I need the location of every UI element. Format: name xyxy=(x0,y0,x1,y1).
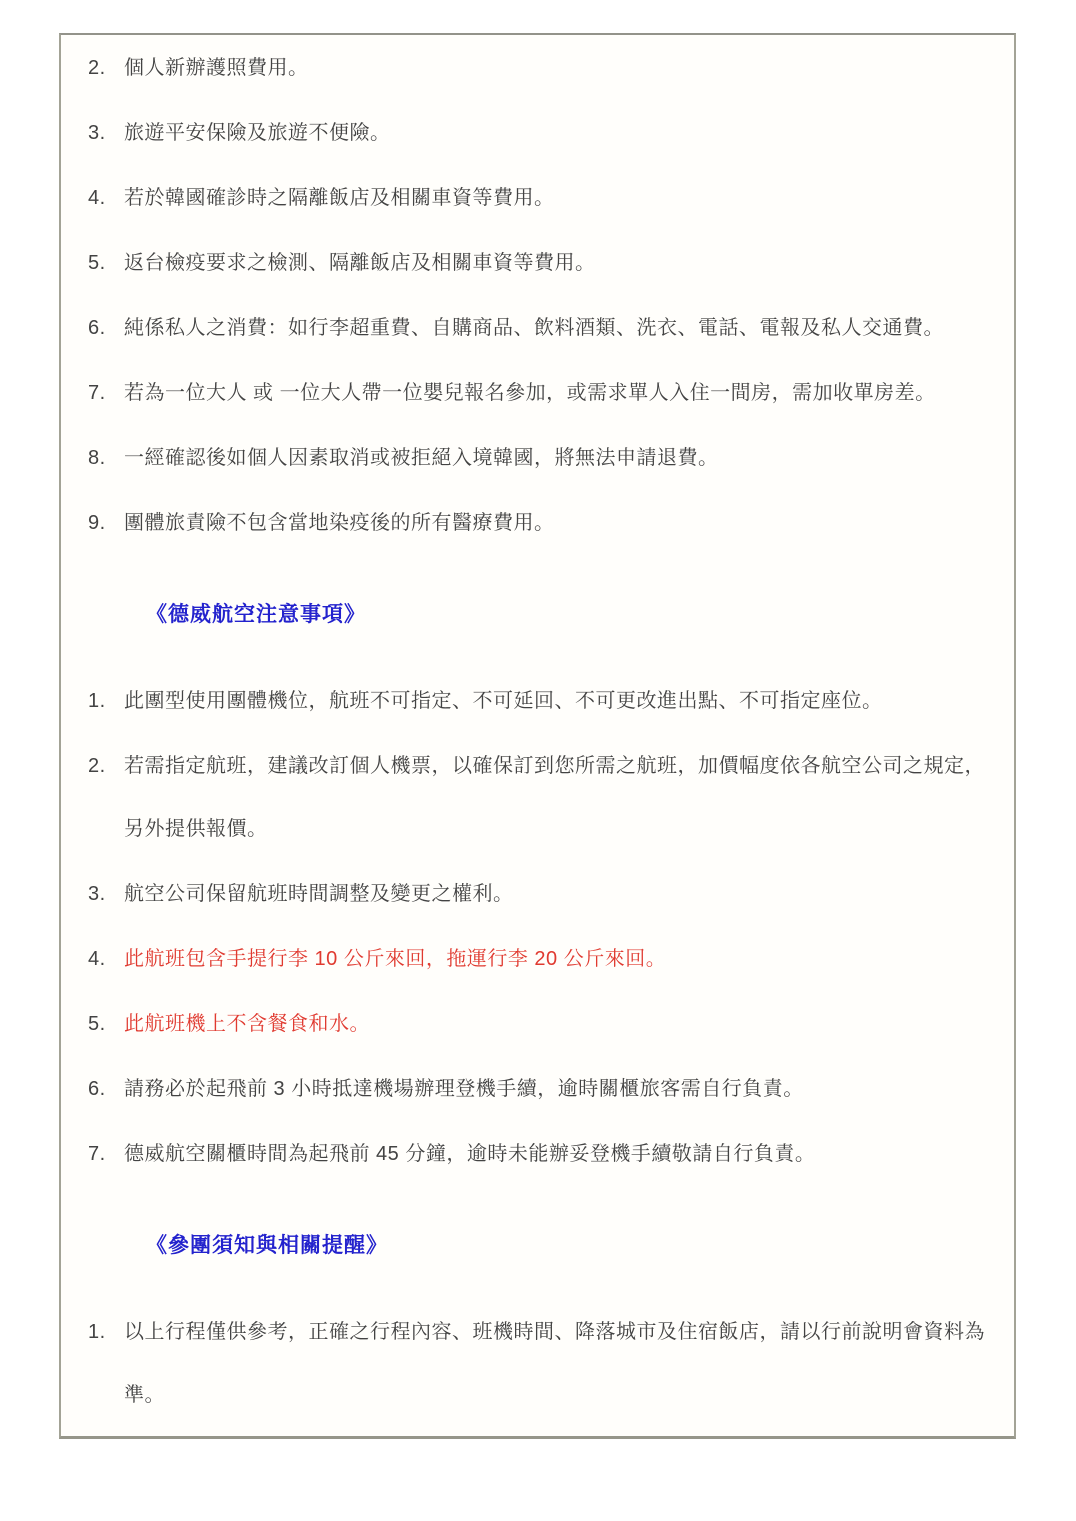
airline-section-heading: 《德威航空注意事項》 xyxy=(146,583,996,646)
list-item: 2. 個人新辦護照費用。 xyxy=(88,37,996,100)
list-item-meal-alert: 5. 此航班機上不含餐食和水。 xyxy=(88,993,996,1056)
item-text: 返台檢疫要求之檢測、隔離飯店及相關車資等費用。 xyxy=(124,232,996,295)
document-page: 2. 個人新辦護照費用。 3. 旅遊平安保險及旅遊不便險。 4. 若於韓國確診時… xyxy=(59,33,1016,1439)
item-text: 旅遊平安保險及旅遊不便險。 xyxy=(124,102,996,165)
list-item: 1. 以上行程僅供參考，正確之行程內容、班機時間、降落城市及住宿飯店，請以行前說… xyxy=(88,1301,996,1427)
item-number: 6. xyxy=(88,1058,124,1121)
list-item-baggage-alert: 4. 此航班包含手提行李 10 公斤來回，拖運行李 20 公斤來回。 xyxy=(88,928,996,991)
item-number: 8. xyxy=(88,427,124,490)
item-number: 4. xyxy=(88,167,124,230)
item-number: 2. xyxy=(88,37,124,100)
list-item: 6. 請務必於起飛前 3 小時抵達機場辦理登機手續，逾時關櫃旅客需自行負責。 xyxy=(88,1058,996,1121)
item-number: 6. xyxy=(88,297,124,360)
airline-notes-list: 1. 此團型使用團體機位，航班不可指定、不可延回、不可更改進出點、不可指定座位。… xyxy=(88,670,996,1186)
item-number: 5. xyxy=(88,993,124,1056)
item-text: 此航班包含手提行李 10 公斤來回，拖運行李 20 公斤來回。 xyxy=(124,928,996,991)
item-text: 純係私人之消費：如行李超重費、自購商品、飲料酒類、洗衣、電話、電報及私人交通費。 xyxy=(124,297,996,360)
item-text: 一經確認後如個人因素取消或被拒絕入境韓國，將無法申請退費。 xyxy=(124,427,996,490)
list-item: 7. 若為一位大人 或 一位大人帶一位嬰兒報名參加，或需求單人入住一間房，需加收… xyxy=(88,362,996,425)
item-number: 7. xyxy=(88,1123,124,1186)
item-number: 5. xyxy=(88,232,124,295)
list-item: 1. 此團型使用團體機位，航班不可指定、不可延回、不可更改進出點、不可指定座位。 xyxy=(88,670,996,733)
item-text: 此航班機上不含餐食和水。 xyxy=(124,993,996,1056)
list-item: 8. 一經確認後如個人因素取消或被拒絕入境韓國，將無法申請退費。 xyxy=(88,427,996,490)
item-number: 1. xyxy=(88,670,124,733)
list-item: 3. 旅遊平安保險及旅遊不便險。 xyxy=(88,102,996,165)
tour-notice-list: 1. 以上行程僅供參考，正確之行程內容、班機時間、降落城市及住宿飯店，請以行前說… xyxy=(88,1301,996,1427)
item-number: 1. xyxy=(88,1301,124,1427)
item-text: 團體旅責險不包含當地染疫後的所有醫療費用。 xyxy=(124,492,996,555)
item-text: 若為一位大人 或 一位大人帶一位嬰兒報名參加，或需求單人入住一間房，需加收單房差… xyxy=(124,362,996,425)
item-text: 若需指定航班，建議改訂個人機票，以確保訂到您所需之航班，加價幅度依各航空公司之規… xyxy=(124,735,996,861)
item-number: 3. xyxy=(88,863,124,926)
item-text: 若於韓國確診時之隔離飯店及相關車資等費用。 xyxy=(124,167,996,230)
notice-section-heading: 《參團須知與相關提醒》 xyxy=(146,1214,996,1277)
item-number: 2. xyxy=(88,735,124,861)
list-item: 4. 若於韓國確診時之隔離飯店及相關車資等費用。 xyxy=(88,167,996,230)
fees-exclusion-list: 2. 個人新辦護照費用。 3. 旅遊平安保險及旅遊不便險。 4. 若於韓國確診時… xyxy=(88,37,996,555)
item-number: 9. xyxy=(88,492,124,555)
item-number: 3. xyxy=(88,102,124,165)
item-text: 德威航空關櫃時間為起飛前 45 分鐘，逾時未能辦妥登機手續敬請自行負責。 xyxy=(124,1123,996,1186)
item-text: 個人新辦護照費用。 xyxy=(124,37,996,100)
list-item: 3. 航空公司保留航班時間調整及變更之權利。 xyxy=(88,863,996,926)
item-text: 此團型使用團體機位，航班不可指定、不可延回、不可更改進出點、不可指定座位。 xyxy=(124,670,996,733)
item-text: 航空公司保留航班時間調整及變更之權利。 xyxy=(124,863,996,926)
item-number: 4. xyxy=(88,928,124,991)
list-item: 5. 返台檢疫要求之檢測、隔離飯店及相關車資等費用。 xyxy=(88,232,996,295)
item-number: 7. xyxy=(88,362,124,425)
list-item: 9. 團體旅責險不包含當地染疫後的所有醫療費用。 xyxy=(88,492,996,555)
list-item: 6. 純係私人之消費：如行李超重費、自購商品、飲料酒類、洗衣、電話、電報及私人交… xyxy=(88,297,996,360)
item-text: 請務必於起飛前 3 小時抵達機場辦理登機手續，逾時關櫃旅客需自行負責。 xyxy=(124,1058,996,1121)
list-item: 7. 德威航空關櫃時間為起飛前 45 分鐘，逾時未能辦妥登機手續敬請自行負責。 xyxy=(88,1123,996,1186)
list-item: 2. 若需指定航班，建議改訂個人機票，以確保訂到您所需之航班，加價幅度依各航空公… xyxy=(88,735,996,861)
item-text: 以上行程僅供參考，正確之行程內容、班機時間、降落城市及住宿飯店，請以行前說明會資… xyxy=(124,1301,996,1427)
